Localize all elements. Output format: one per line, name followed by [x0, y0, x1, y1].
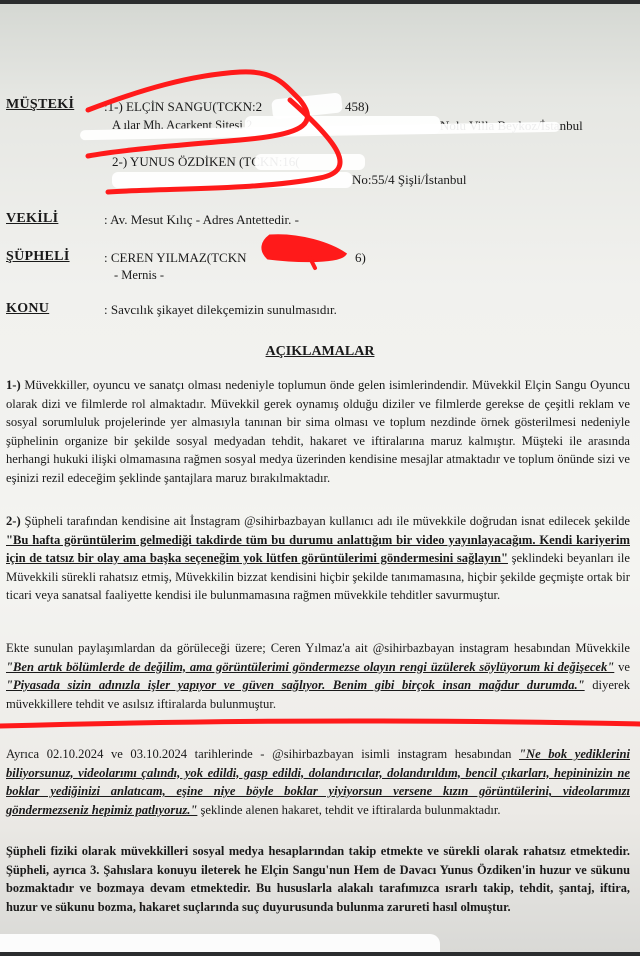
suspect-value: : CEREN YILMAZ(TCKN: [104, 250, 247, 266]
redaction-patch: [112, 172, 352, 188]
paragraph-3-text-mid: ve: [614, 660, 630, 674]
suspect-tckn-tail: 6): [355, 250, 366, 266]
subject-value: : Savcılık şikayet dilekçemizin sunulmas…: [104, 302, 337, 318]
attorney-value: : Av. Mesut Kılıç - Adres Antettedir. -: [104, 212, 299, 228]
attorney-label: VEKİLİ: [6, 211, 58, 227]
paragraph-3-text-a: Ekte sunulan paylaşımlardan da görüleceğ…: [6, 641, 630, 655]
suspect-label: ŞÜPHELİ: [6, 249, 70, 265]
paragraph-4: Ayrıca 02.10.2024 ve 03.10.2024 tarihler…: [6, 745, 630, 819]
paragraph-4-text-b: şeklinde alenen hakaret, tehdit ve iftir…: [197, 803, 500, 817]
bottom-frame-bar: [0, 952, 640, 956]
paragraph-1: 1-) Müvekkiller, oyuncu ve sanatçı olmas…: [6, 376, 630, 488]
document-page: MÜŞTEKİ :1-) ELÇİN SANGU(TCKN:2 458) A ı…: [0, 4, 640, 952]
paragraph-4-text-a: Ayrıca 02.10.2024 ve 03.10.2024 tarihler…: [6, 747, 519, 761]
complainant-1: :1-) ELÇİN SANGU(TCKN:2: [104, 99, 262, 115]
redaction-patch: [255, 154, 365, 170]
paragraph-2-number: 2-): [6, 514, 21, 528]
paragraph-5: Şüpheli fiziki olarak müvekkilleri sosya…: [6, 842, 630, 916]
paragraph-2-text-a: Şüpheli tarafından kendisine ait İnstagr…: [21, 514, 630, 528]
paragraph-3: Ekte sunulan paylaşımlardan da görüleceğ…: [6, 639, 630, 713]
complainant-1-tckn-tail: 458): [345, 99, 369, 115]
paragraph-1-text: Müvekkiller, oyuncu ve sanatçı olması ne…: [6, 378, 630, 485]
paragraph-2: 2-) Şüpheli tarafından kendisine ait İns…: [6, 512, 630, 605]
paragraph-3-quote-2: "Piyasada sizin adınızla işler yapıyor v…: [6, 678, 585, 692]
suspect-note: - Mernis -: [114, 268, 164, 283]
redaction-patch: [0, 934, 440, 952]
complainant-label: MÜŞTEKİ: [6, 97, 74, 113]
subject-label: KONU: [6, 301, 49, 317]
section-title: AÇIKLAMALAR: [0, 344, 640, 360]
paragraph-3-quote-1: "Ben artık bölümlerde de değilim, ama gö…: [6, 660, 614, 674]
paragraph-1-number: 1-): [6, 378, 21, 392]
complainant-2-address-end: No:55/4 Şişli/İstanbul: [352, 172, 466, 188]
